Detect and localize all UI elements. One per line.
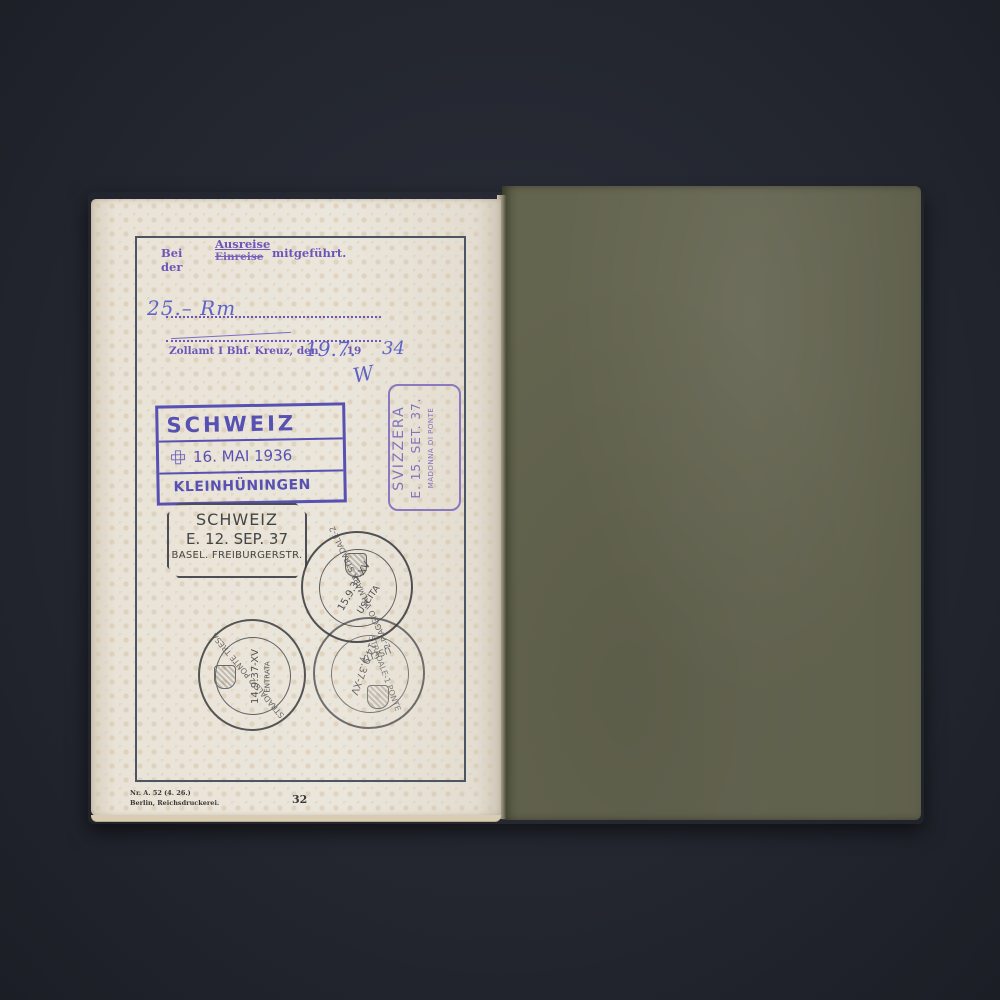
passport-visa-page: Bei der Ausreise Einreise mitgeführt. 25… bbox=[91, 199, 501, 816]
stamp-location: BASEL. FREIBURGERSTR. bbox=[169, 550, 305, 561]
page-footer-imprint: Nr. A. 52 (4. 26.) Berlin, Reichsdrucker… bbox=[130, 788, 219, 808]
header-option-selected: Ausreise bbox=[215, 237, 270, 251]
stamp-country: SCHWEIZ bbox=[158, 405, 343, 442]
stamp-date: E. 12. SEP. 37 bbox=[169, 530, 305, 548]
stamp-date-row: 16. MAI 1936 bbox=[159, 439, 344, 474]
coat-of-arms-icon bbox=[214, 665, 236, 689]
printer-imprint: Berlin, Reichsdruckerei. bbox=[130, 798, 219, 808]
form-number: Nr. A. 52 (4. 26.) bbox=[130, 788, 219, 798]
stamp-location: MADONNA DI PONTE bbox=[427, 388, 435, 508]
printed-century: ,19 bbox=[343, 345, 361, 357]
header-prefix: Bei der bbox=[161, 246, 182, 274]
stamp-date: E. 15. SET. 37. bbox=[409, 388, 423, 508]
dotted-line-1 bbox=[166, 316, 381, 318]
page-number: 32 bbox=[292, 793, 307, 806]
header-suffix: mitgeführt. bbox=[272, 246, 346, 260]
stamp-country: SCHWEIZ bbox=[169, 510, 305, 529]
header-option-struck: Einreise bbox=[215, 251, 263, 263]
stamp-ponte-tresa-entrata: 14.9.37-XV ENTRATA STRADALE-2 PONTE TRES… bbox=[198, 619, 306, 731]
inside-back-cover bbox=[502, 186, 921, 820]
stamp-ponte-uscita: 14.9.37-XV USCITA STRADALE-1 PONTE bbox=[313, 617, 425, 729]
handwritten-year: 34 bbox=[382, 338, 405, 359]
stamp-date: 16. MAI 1936 bbox=[193, 446, 293, 466]
stamp-country: SVIZZERA bbox=[391, 388, 407, 508]
customs-office-line: Zollamt I Bhf. Kreuz, den bbox=[169, 345, 319, 357]
stamp-schweiz-basel: SCHWEIZ E. 12. SEP. 37 BASEL. FREIBURGER… bbox=[167, 503, 307, 578]
stamp-schweiz-kleinhueningen: SCHWEIZ 16. MAI 1936 KLEINHÜNINGEN bbox=[155, 402, 347, 505]
customs-office-printed: Zollamt I Bhf. Kreuz, den bbox=[169, 345, 319, 357]
handwritten-signature: W bbox=[351, 360, 375, 387]
stamp-location: KLEINHÜNINGEN bbox=[159, 471, 343, 495]
swiss-cross-icon bbox=[171, 450, 185, 464]
stamp-svizzera-madonna-di-ponte: SVIZZERA E. 15. SET. 37. MADONNA DI PONT… bbox=[388, 384, 461, 511]
